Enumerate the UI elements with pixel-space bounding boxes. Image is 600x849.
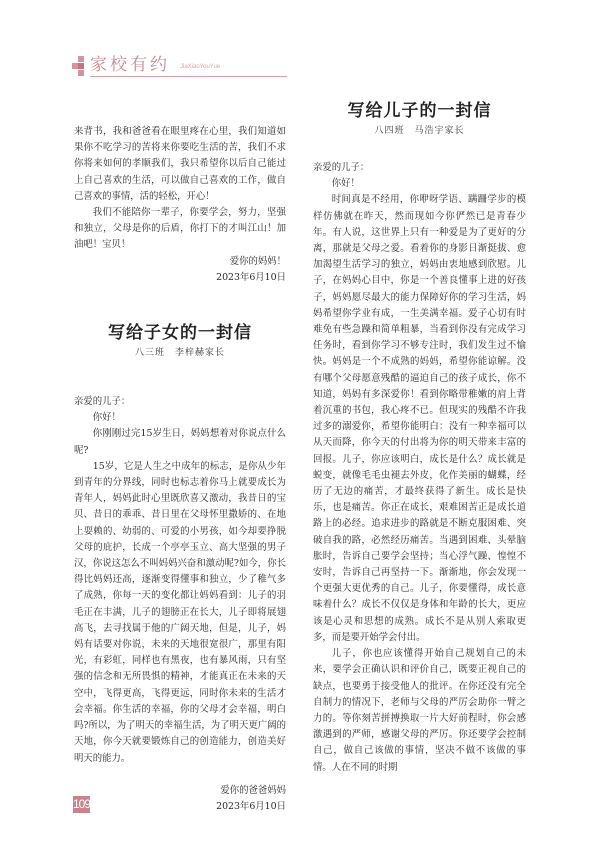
section-header: 家校有约 JiaXiaoYouYue (72, 54, 287, 78)
letter-byline: 八四班 马浩宇家长 (313, 124, 526, 138)
page-number: 109 (73, 796, 90, 813)
letter-title: 写给子女的一封信 (74, 322, 286, 344)
section-subtitle: JiaXiaoYouYue (180, 62, 220, 72)
letter-greeting: 你好！ (74, 410, 286, 426)
continuation-date: 2023年6月10日 (74, 270, 286, 286)
letter-greeting: 你好！ (313, 176, 526, 192)
letter-paragraph: 儿子，你也应该懂得开始自己规划自己的未来，要学会正确认识和评价自己，既要正视自己… (313, 646, 526, 776)
letter-paragraph: 15岁，它是人生之中成年的标志，是你从少年到青年的分界线，同时也标志着你马上就要… (74, 459, 286, 767)
letter-salutation: 亲爱的儿子： (313, 160, 526, 176)
section-title: 家校有约 (90, 54, 170, 76)
letter-byline: 八三班 李梓赫家长 (74, 346, 286, 360)
letter-date: 2023年6月10日 (74, 799, 286, 815)
continuation-signature: 爱你的妈妈！ (74, 254, 286, 270)
letter-signature: 爱你的爸爸妈妈 (74, 783, 286, 799)
letter-paragraph: 时间真是不经用，你咿呀学语、蹒跚学步的模样仿佛就在昨天，然而现如今你俨然已是青春… (313, 192, 526, 646)
right-column: 写给儿子的一封信 八四班 马浩宇家长 亲爱的儿子： 你好！ 时间真是不经用，你咿… (313, 100, 526, 776)
letter-salutation: 亲爱的儿子： (74, 394, 286, 410)
logo-blocks-icon (72, 56, 90, 76)
letter-title: 写给儿子的一封信 (313, 100, 526, 122)
continuation-paragraph: 我们不能陪你一辈子，你要学会，努力，坚强和独立，父母是你的后盾，你打下的才叫江山… (74, 205, 286, 254)
left-column: 来背书，我和爸爸看在眼里疼在心里，我们知道如果你不吃学习的苦将来你要吃生活的苦，… (74, 124, 286, 815)
letter-paragraph: 你刚刚过完15岁生日，妈妈想着对你说点什么呢? (74, 426, 286, 458)
header-divider (90, 76, 287, 77)
continuation-paragraph: 来背书，我和爸爸看在眼里疼在心里，我们知道如果你不吃学习的苦将来你要吃生活的苦，… (74, 124, 286, 205)
